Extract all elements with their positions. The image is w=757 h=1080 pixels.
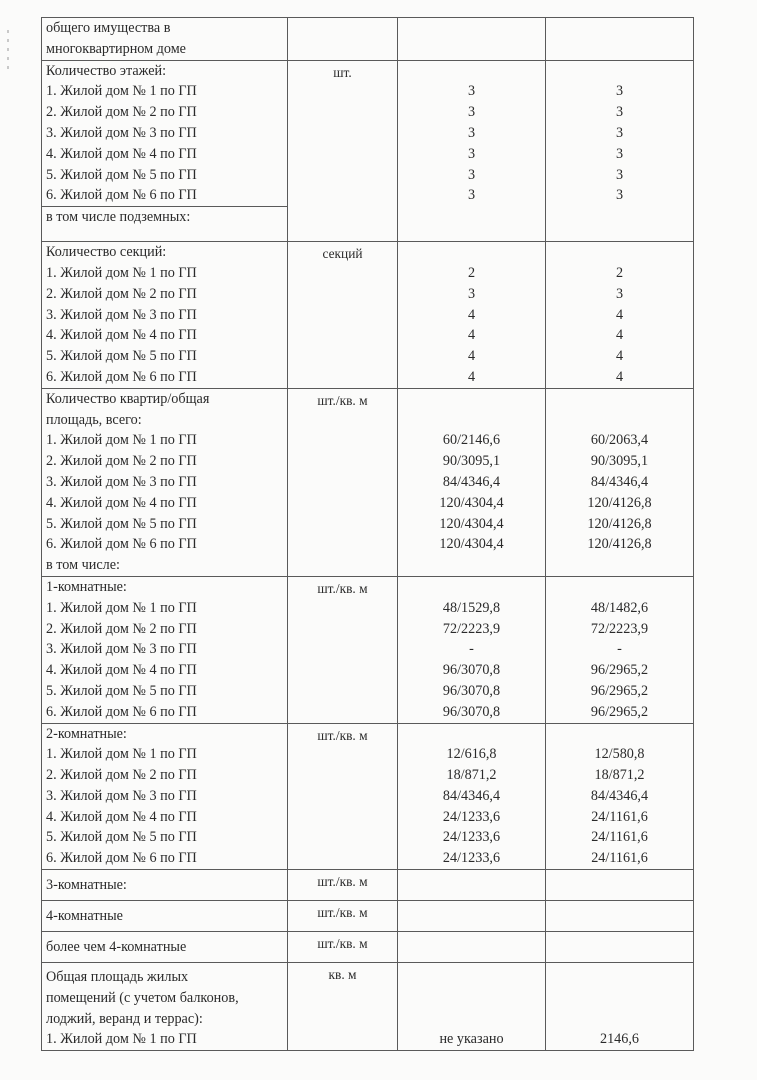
row-label-line: 2. Жилой дом № 2 по ГП [46,451,283,472]
value-line: 120/4126,8 [550,514,689,535]
value-line: 18/871,2 [402,765,541,786]
value-line: 72/2223,9 [550,619,689,640]
value-line: 96/2965,2 [550,702,689,723]
value-line: 48/1529,8 [402,598,541,619]
table-row-apartments-total: Количество квартир/общаяплощадь, всего:1… [42,388,694,576]
value-line: 90/3095,1 [402,451,541,472]
value-line: 24/1233,6 [402,807,541,828]
row-label-line: многоквартирном доме [46,39,283,60]
value-cell-empty [546,870,694,901]
value-line: 12/580,8 [550,744,689,765]
row-label-line: Количество квартир/общая [46,389,283,410]
row-label-line: Общая площадь жилых [46,967,283,988]
row-label-line: 1. Жилой дом № 1 по ГП [46,81,283,102]
value-line: 3 [550,165,689,186]
unit-label: шт./кв. м [317,393,367,408]
row-label-line: 5. Жилой дом № 5 по ГП [46,827,283,848]
row-label-line: 2-комнатные: [46,724,283,745]
row-label-line: 3. Жилой дом № 3 по ГП [46,305,283,326]
value-line: - [402,639,541,660]
row-label-line: 1. Жилой дом № 1 по ГП [46,1029,283,1050]
value-line: - [550,639,689,660]
value-line: 84/4346,4 [550,786,689,807]
value-line: 3 [550,185,689,206]
value-line: 3 [550,284,689,305]
row-label-line: в том числе: [46,555,283,576]
value-line: 4 [550,367,689,388]
value-not-specified: не указано [402,1029,541,1050]
value-line: 96/3070,8 [402,660,541,681]
row-label-line: 5. Жилой дом № 5 по ГП [46,165,283,186]
value-line: 60/2063,4 [550,430,689,451]
value-line: 24/1233,6 [402,848,541,869]
row-label-line: Количество этажей: [46,61,283,82]
value-line: 3 [550,81,689,102]
table-row-three-room: 3-комнатные:шт./кв. м [42,870,694,901]
row-label: более чем 4-комнатные [46,939,186,955]
value-line: 3 [402,185,541,206]
value-line: 24/1161,6 [550,827,689,848]
table-row-more-than-four-room: более чем 4-комнатныешт./кв. м [42,932,694,963]
row-label-line: Количество секций: [46,242,283,263]
row-label-line: 2. Жилой дом № 2 по ГП [46,102,283,123]
value-line: 96/3070,8 [402,681,541,702]
unit-label: шт./кв. м [317,936,367,951]
row-label: 3-комнатные: [46,877,127,893]
value-line: 12/616,8 [402,744,541,765]
row-label-line: 3. Жилой дом № 3 по ГП [46,786,283,807]
row-label-line: 5. Жилой дом № 5 по ГП [46,514,283,535]
value-line: 120/4304,4 [402,514,541,535]
table-row-common-property: общего имущества вмногоквартирном доме [42,18,694,61]
value-line: 3 [550,102,689,123]
row-label-line: 6. Жилой дом № 6 по ГП [46,534,283,555]
unit-label: шт./кв. м [317,905,367,920]
table-row-two-room: 2-комнатные:1. Жилой дом № 1 по ГП2. Жил… [42,723,694,870]
table-row-floors: Количество этажей:1. Жилой дом № 1 по ГП… [42,60,694,207]
row-label-line: 4. Жилой дом № 4 по ГП [46,325,283,346]
row-label-line: 4. Жилой дом № 4 по ГП [46,807,283,828]
value-line: 96/2965,2 [550,660,689,681]
scan-artifact [6,30,12,80]
value-line: 4 [550,346,689,367]
value-line: 24/1161,6 [550,807,689,828]
value-line: 4 [402,325,541,346]
row-label-line: 2. Жилой дом № 2 по ГП [46,284,283,305]
value-line: 4 [550,305,689,326]
row-label-line: площадь, всего: [46,410,283,431]
row-label-line: 1. Жилой дом № 1 по ГП [46,598,283,619]
row-label-line: 4. Жилой дом № 4 по ГП [46,144,283,165]
value-line: 96/2965,2 [550,681,689,702]
table-row-four-room: 4-комнатныешт./кв. м [42,901,694,932]
row-label-line: 2. Жилой дом № 2 по ГП [46,619,283,640]
row-label-line: лоджий, веранд и террас): [46,1009,283,1030]
value-line: 2 [550,263,689,284]
value-line: 96/3070,8 [402,702,541,723]
value-line: 120/4126,8 [550,534,689,555]
value-cell-empty [398,901,546,932]
building-characteristics-table: общего имущества вмногоквартирном домеКо… [41,17,694,1051]
value-line: 84/4346,4 [402,786,541,807]
row-label-line: 1-комнатные: [46,577,283,598]
row-label-line: 5. Жилой дом № 5 по ГП [46,346,283,367]
value-line: 3 [550,123,689,144]
value-line: 120/4304,4 [402,493,541,514]
row-label-line: 5. Жилой дом № 5 по ГП [46,681,283,702]
row-label-line: 1. Жилой дом № 1 по ГП [46,744,283,765]
value-area: 2146,6 [550,1029,689,1050]
value-line: 4 [402,305,541,326]
unit-label: шт. [333,65,352,80]
value-line: 24/1233,6 [402,827,541,848]
value-line: 3 [550,144,689,165]
value-line: 72/2223,9 [402,619,541,640]
row-label-line: 6. Жилой дом № 6 по ГП [46,848,283,869]
value-line: 48/1482,6 [550,598,689,619]
value-line: 3 [402,123,541,144]
unit-label: шт./кв. м [317,728,367,743]
value-line: 90/3095,1 [550,451,689,472]
value-line: 4 [550,325,689,346]
unit-label: кв. м [329,967,357,982]
value-cell-empty [398,932,546,963]
value-line: 3 [402,81,541,102]
value-cell-empty [546,901,694,932]
row-label-line: 1. Жилой дом № 1 по ГП [46,263,283,284]
value-line: 3 [402,165,541,186]
value-line: 120/4304,4 [402,534,541,555]
value-line: 3 [402,284,541,305]
row-label-line: помещений (с учетом балконов, [46,988,283,1009]
value-line: 2 [402,263,541,284]
row-label-line: 6. Жилой дом № 6 по ГП [46,702,283,723]
table-row-one-room: 1-комнатные:1. Жилой дом № 1 по ГП2. Жил… [42,576,694,723]
value-line: 4 [402,346,541,367]
row-label-line: общего имущества в [46,18,283,39]
value-cell-empty [398,870,546,901]
row-label: 4-комнатные [46,908,123,924]
table-row-sections: Количество секций:1. Жилой дом № 1 по ГП… [42,242,694,389]
row-label-line: 4. Жилой дом № 4 по ГП [46,660,283,681]
value-line: 18/871,2 [550,765,689,786]
row-label-line: 6. Жилой дом № 6 по ГП [46,367,283,388]
row-label-line: 1. Жилой дом № 1 по ГП [46,430,283,451]
unit-label: шт./кв. м [317,874,367,889]
unit-label: секций [322,246,362,261]
value-line: 60/2146,6 [402,430,541,451]
table-row-living-area: Общая площадь жилыхпомещений (с учетом б… [42,963,694,1051]
unit-label: шт./кв. м [317,581,367,596]
value-line: 84/4346,4 [550,472,689,493]
row-label-line: 2. Жилой дом № 2 по ГП [46,765,283,786]
value-line: 3 [402,102,541,123]
row-label: в том числе подземных: [46,209,190,225]
value-line: 24/1161,6 [550,848,689,869]
value-line: 3 [402,144,541,165]
value-line: 4 [402,367,541,388]
row-label-line: 3. Жилой дом № 3 по ГП [46,123,283,144]
row-label-line: 3. Жилой дом № 3 по ГП [46,639,283,660]
row-label-line: 3. Жилой дом № 3 по ГП [46,472,283,493]
value-line: 84/4346,4 [402,472,541,493]
row-label-line: 4. Жилой дом № 4 по ГП [46,493,283,514]
value-cell-empty [546,932,694,963]
value-line: 120/4126,8 [550,493,689,514]
row-label-line: 6. Жилой дом № 6 по ГП [46,185,283,206]
